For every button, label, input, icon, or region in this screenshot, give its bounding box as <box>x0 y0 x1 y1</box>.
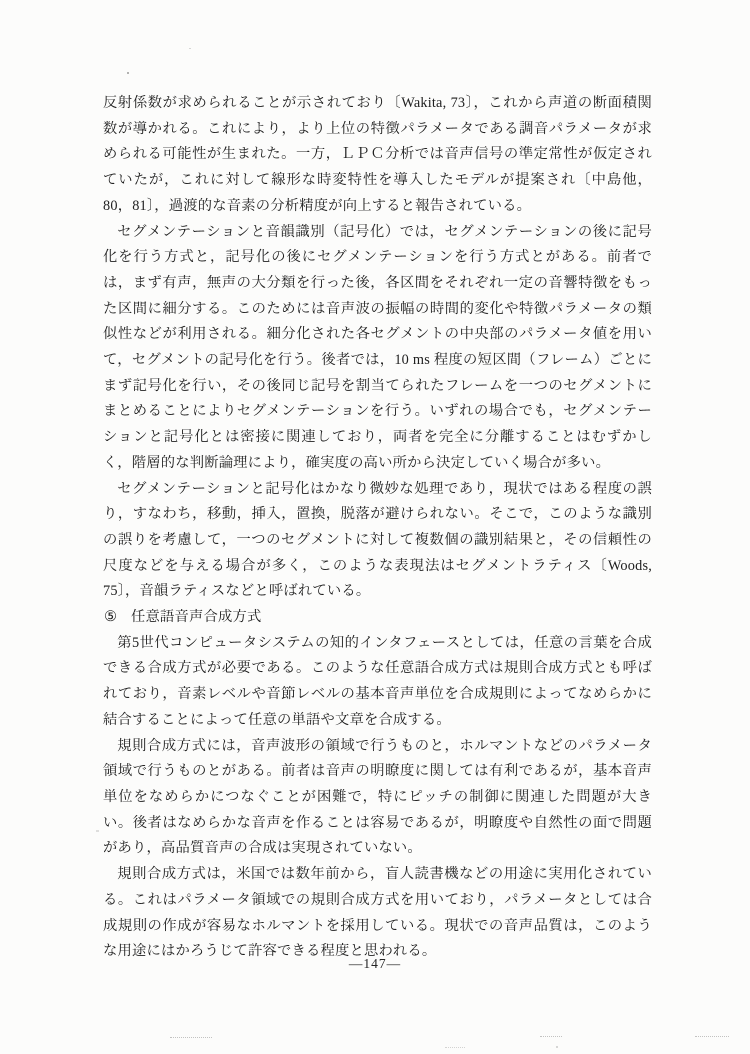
scan-noise-strip <box>540 1036 562 1037</box>
scan-speck <box>96 830 99 832</box>
paragraph-rule-synthesis-domains: 規則合成方式には，音声波形の領域で行うものと，ホルマントなどのパラメータ領域で行… <box>103 734 652 863</box>
body-text: 反射係数が求められることが示されており〔Wakita, 73〕，これから声道の断… <box>103 91 652 965</box>
scan-noise-strip <box>695 1036 729 1037</box>
scan-speck <box>556 1046 558 1048</box>
section-heading-label: 任意語音声合成方式 <box>131 609 261 625</box>
paragraph-segmentation-methods: セグメンテーションと音韻識別（記号化）では，セグメンテーションの後に記号化を行う… <box>103 220 652 477</box>
paragraph-rule-synthesis-usa: 規則合成方式は，米国では数年前から，盲人読書機などの用途に実用化されている。これ… <box>103 862 652 965</box>
scan-noise-strip <box>445 1047 465 1048</box>
paragraph-continuation: 反射係数が求められることが示されており〔Wakita, 73〕，これから声道の断… <box>103 91 652 220</box>
scan-speck <box>127 72 129 74</box>
section-heading: ⑤任意語音声合成方式 <box>103 605 652 631</box>
scan-noise-strip <box>170 1037 212 1038</box>
paragraph-fifth-generation: 第5世代コンピュータシステムの知的インタフェースとしては，任意の言葉を合成できる… <box>103 631 652 734</box>
scanned-page: 反射係数が求められることが示されており〔Wakita, 73〕，これから声道の断… <box>0 0 750 1054</box>
page-number: —147— <box>0 956 750 972</box>
paragraph-segment-lattice: セグメンテーションと記号化はかなり微妙な処理であり，現状ではある程度の誤り，すな… <box>103 477 652 606</box>
section-number-circled-5: ⑤ <box>104 605 117 631</box>
scan-speck <box>189 48 191 49</box>
